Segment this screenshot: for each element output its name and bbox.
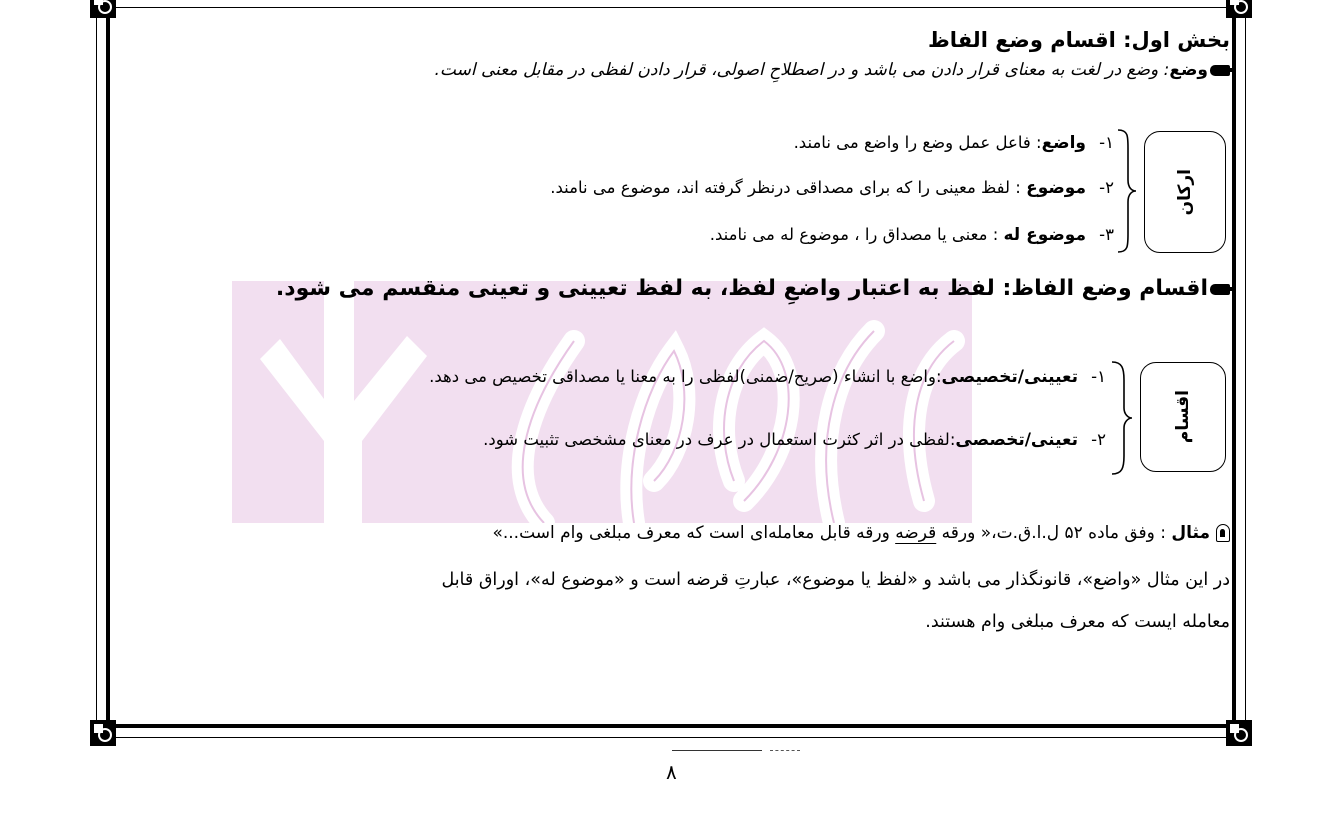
types-label: اقسام [1173, 390, 1193, 443]
pillars-label: ارکان [1175, 169, 1195, 215]
pointing-hand-icon [1210, 65, 1230, 76]
pillar-item-2: ۲-موضوع : لفظ معینی را که برای مصداقی در… [550, 178, 1114, 198]
example-explanation-line-2: معامله ایست که معرف مبلغی وام هستند. [925, 612, 1230, 632]
corner-ornament-icon [90, 0, 116, 18]
pointing-hand-icon [1210, 284, 1230, 295]
border-right [1232, 4, 1246, 728]
page-number: ۸ [666, 760, 677, 784]
type-item-1: ۱-تعیینی/تخصیصی:واضع با انشاء (صریح/ضمنی… [429, 367, 1106, 387]
curly-brace-icon [1110, 360, 1134, 476]
example-line: مثال : وفق ماده ۵۲ ل.ا.ق.ت،« ورقه قرضه و… [492, 523, 1230, 543]
mosque-icon [1216, 524, 1230, 542]
border-bottom [106, 724, 1236, 738]
border-left [96, 4, 110, 728]
type-item-2: ۲-تعینی/تخصصی:لفظی در اثر کثرت استعمال د… [483, 430, 1106, 450]
corner-ornament-icon [90, 720, 116, 746]
section-heading: بخش اول: اقسام وضع الفاظ [928, 28, 1230, 52]
example-explanation-line-1: در این مثال «واضع»، قانونگذار می باشد و … [441, 570, 1230, 590]
definition-term: وضع [1169, 60, 1208, 80]
pillars-label-box: ارکان [1144, 131, 1226, 253]
pillar-item-1: ۱-واضع: فاعل عمل وضع را واضع می نامند. [794, 133, 1114, 153]
definition-text: وضع در لغت به معنای قرار دادن می باشد و … [435, 60, 1164, 80]
definition-line: وضع: وضع در لغت به معنای قرار دادن می با… [435, 60, 1230, 80]
types-heading: اقسام وضع الفاظ: لفظ به اعتبار واضعِ لفظ… [276, 276, 1230, 301]
page-content: بخش اول: اقسام وضع الفاظ وضع: وضع در لغت… [120, 0, 1230, 720]
example-term: مثال [1171, 523, 1210, 543]
page-number-rule [672, 750, 762, 751]
page-number-rule [770, 750, 800, 751]
types-label-box: اقسام [1140, 362, 1226, 472]
underlined-word: قرضه [895, 523, 936, 543]
pillar-item-3: ۳-موضوع له : معنی یا مصداق را ، موضوع له… [710, 225, 1114, 245]
curly-brace-icon [1116, 128, 1138, 254]
corner-ornament-icon [1226, 720, 1252, 746]
